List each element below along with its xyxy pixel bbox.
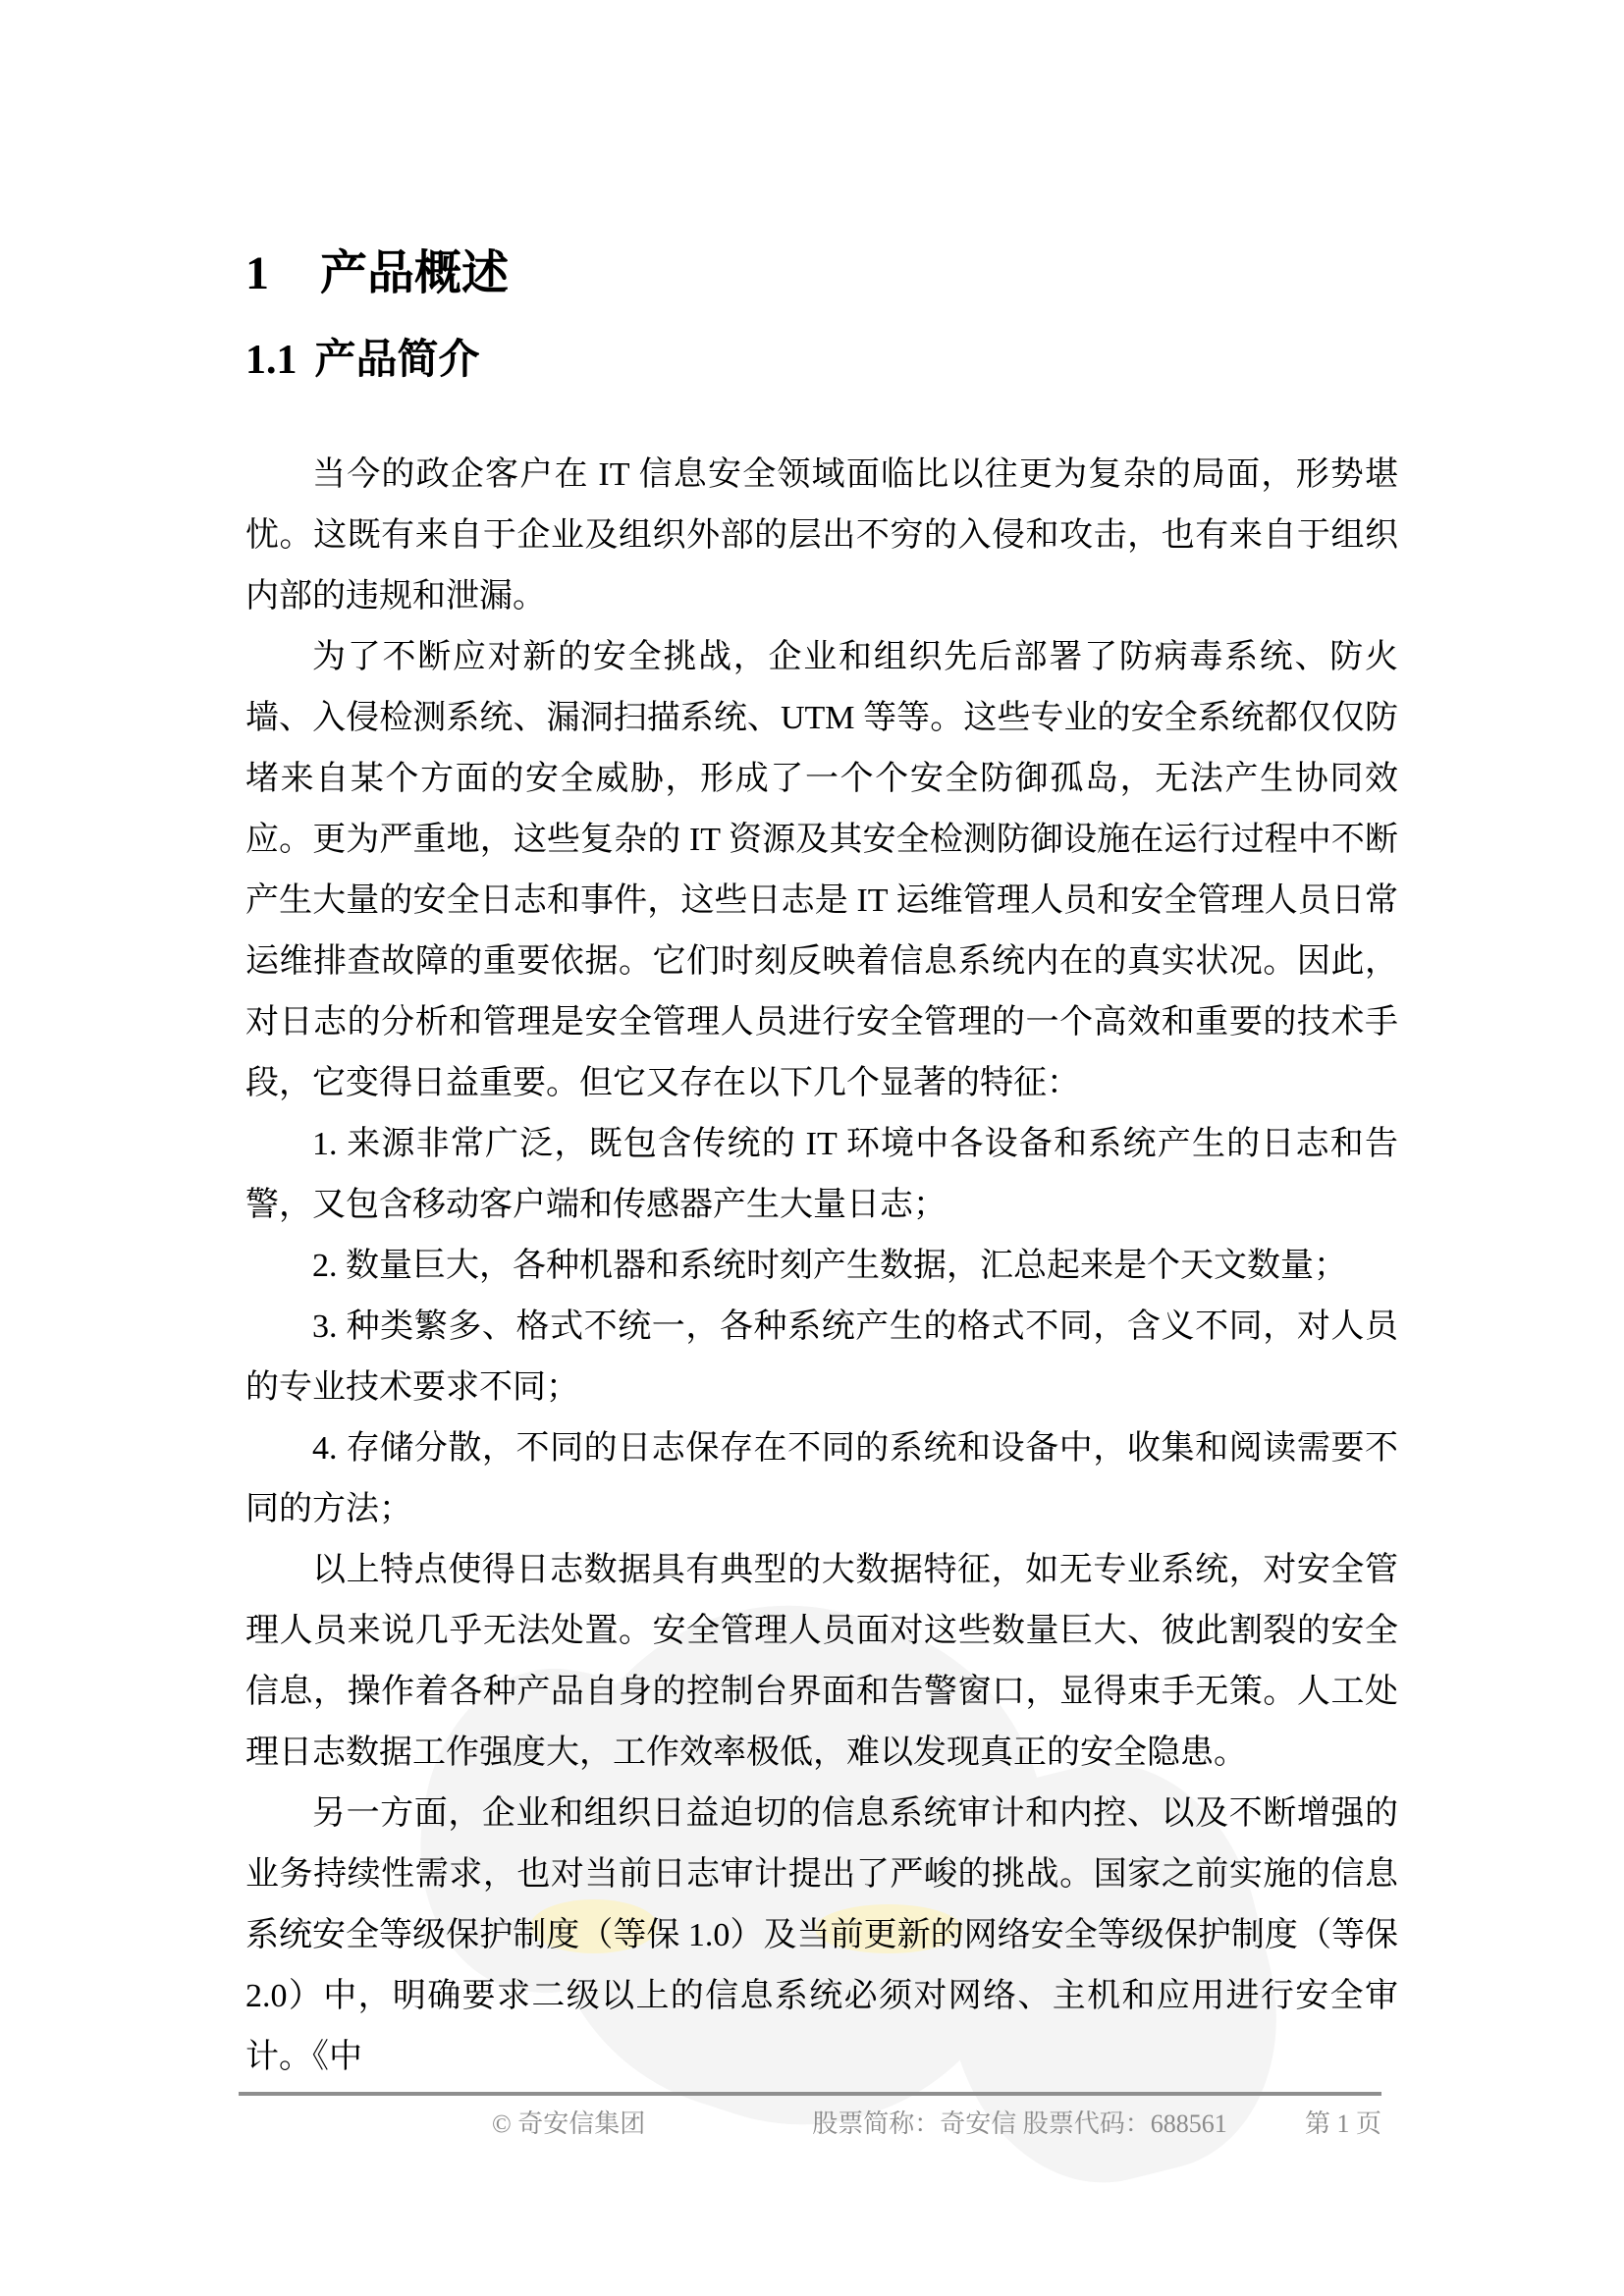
section-title: 产品概述 (320, 247, 509, 299)
document-page: { "colors": { "body_text": "#000000", "f… (0, 0, 1624, 2296)
paragraph: 以上特点使得日志数据具有典型的大数据特征，如无专业系统，对安全管理人员来说几乎无… (245, 1540, 1398, 1784)
list-item: 3. 种类繁多、格式不统一，各种系统产生的格式不同，含义不同，对人员的专业技术要… (245, 1297, 1398, 1418)
list-item: 2. 数量巨大，各种机器和系统时刻产生数据，汇总起来是个天文数量； (245, 1236, 1398, 1297)
subsection-title: 产品简介 (315, 338, 480, 383)
list-item: 4. 存储分散，不同的日志保存在不同的系统和设备中，收集和阅读需要不同的方法； (245, 1418, 1398, 1540)
footer-divider (239, 2092, 1381, 2096)
section-heading-1-1: 1.1产品简介 (245, 336, 480, 385)
subsection-number: 1.1 (245, 338, 298, 383)
footer-page-number: 第 1 页 (1305, 2108, 1381, 2141)
section-number: 1 (245, 247, 269, 299)
footer-stock-info: 股票简称：奇安信 股票代码：688561 (812, 2108, 1227, 2141)
section-heading-1: 1产品概述 (245, 247, 509, 300)
paragraph: 为了不断应对新的安全挑战，企业和组织先后部署了防病毒系统、防火墙、入侵检测系统、… (245, 627, 1398, 1114)
paragraph: 当今的政企客户在 IT 信息安全领域面临比以往更为复杂的局面，形势堪忧。这既有来… (245, 445, 1398, 627)
paragraph: 另一方面，企业和组织日益迫切的信息系统审计和内控、以及不断增强的业务持续性需求，… (245, 1784, 1398, 2088)
footer-copyright: © 奇安信集团 (492, 2108, 645, 2141)
list-item: 1. 来源非常广泛，既包含传统的 IT 环境中各设备和系统产生的日志和告警，又包… (245, 1114, 1398, 1236)
document-body: 当今的政企客户在 IT 信息安全领域面临比以往更为复杂的局面，形势堪忧。这既有来… (245, 445, 1398, 2090)
page-footer: © 奇安信集团 股票简称：奇安信 股票代码：688561 第 1 页 (239, 2108, 1381, 2141)
